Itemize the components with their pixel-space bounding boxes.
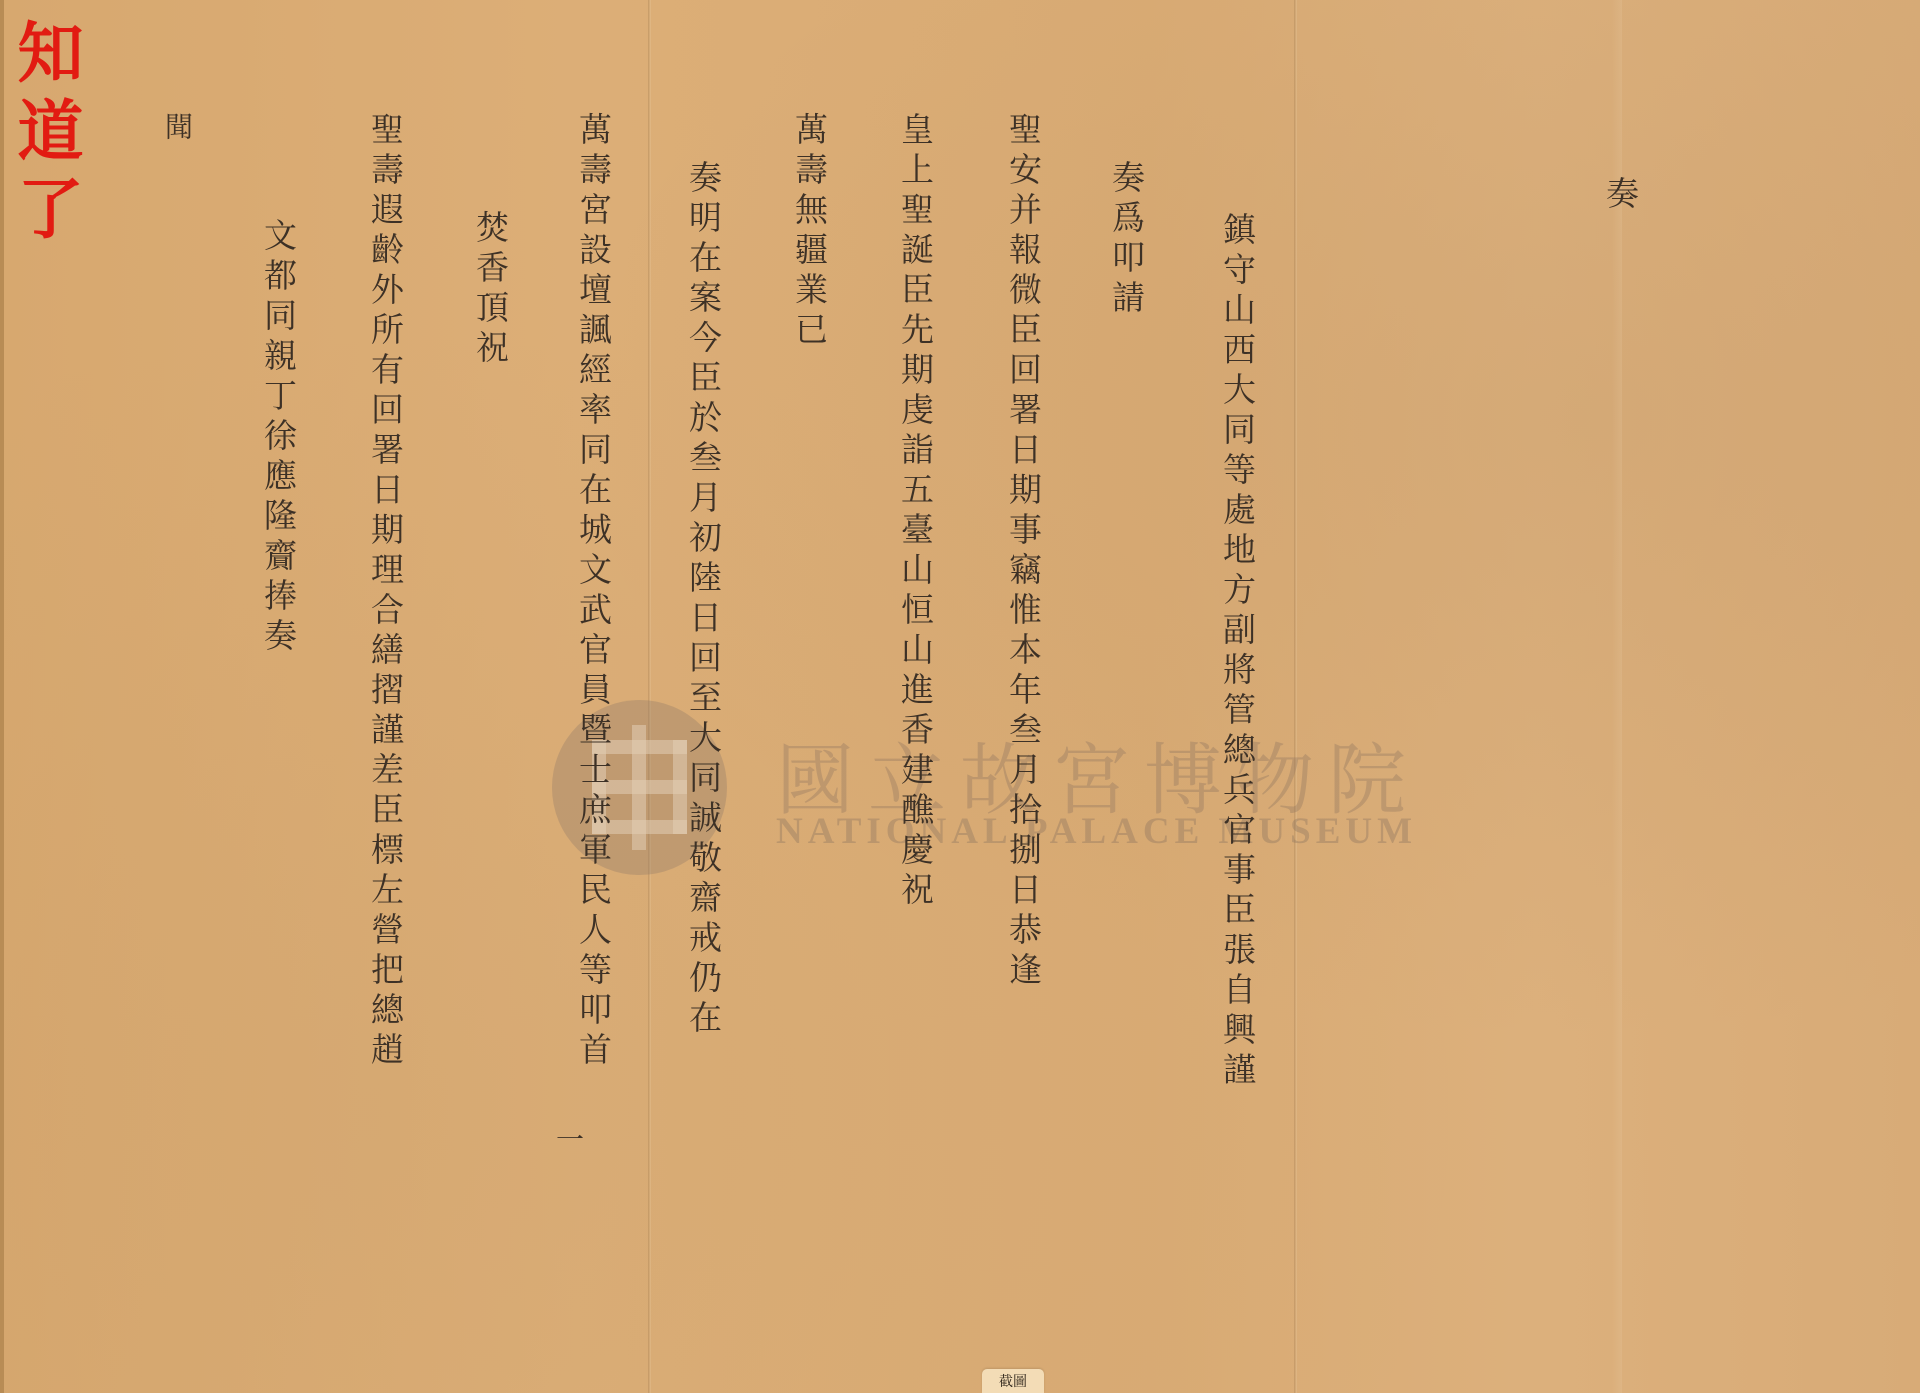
text-column-10: 文都同親丁徐應隆齎捧奏 <box>262 218 295 658</box>
text-column-9: 聖壽遐齡外所有回署日期理合繕摺謹差臣標左營把總趙 <box>369 112 402 1072</box>
cover-title: 奏 <box>1604 176 1637 216</box>
fold-line <box>648 0 651 1393</box>
text-column-4: 皇上聖誕臣先期虔詣五臺山恒山進香建醮慶祝 <box>899 112 932 912</box>
paper-left-edge <box>0 0 4 1393</box>
margin-mark: 一 <box>556 1118 584 1158</box>
fold-line <box>1294 0 1297 1393</box>
imperial-rescript: 知道了 <box>12 18 78 252</box>
text-column-6: 奏明在案今臣於叁月初陸日回至大同誠敬齋戒仍在 <box>687 160 720 1040</box>
text-column-1: 鎮守山西大同等處地方副將管總兵官事臣張自興謹 <box>1221 212 1254 1092</box>
text-column-2: 奏爲叩請 <box>1110 160 1143 320</box>
text-column-3: 聖安并報微臣回署日期事竊惟本年叁月拾捌日恭逢 <box>1007 112 1040 992</box>
text-column-11: 聞 <box>163 112 191 147</box>
watermark-english: NATIONAL PALACE MUSEUM <box>776 810 1417 853</box>
text-column-8: 焚香頂祝 <box>474 210 507 370</box>
screenshot-button[interactable]: 截圖 <box>982 1369 1044 1393</box>
text-column-5: 萬壽無疆業已 <box>793 112 826 352</box>
text-column-7: 萬壽宮設壇諷經率同在城文武官員暨士庶軍民人等叩首 <box>577 112 610 1072</box>
